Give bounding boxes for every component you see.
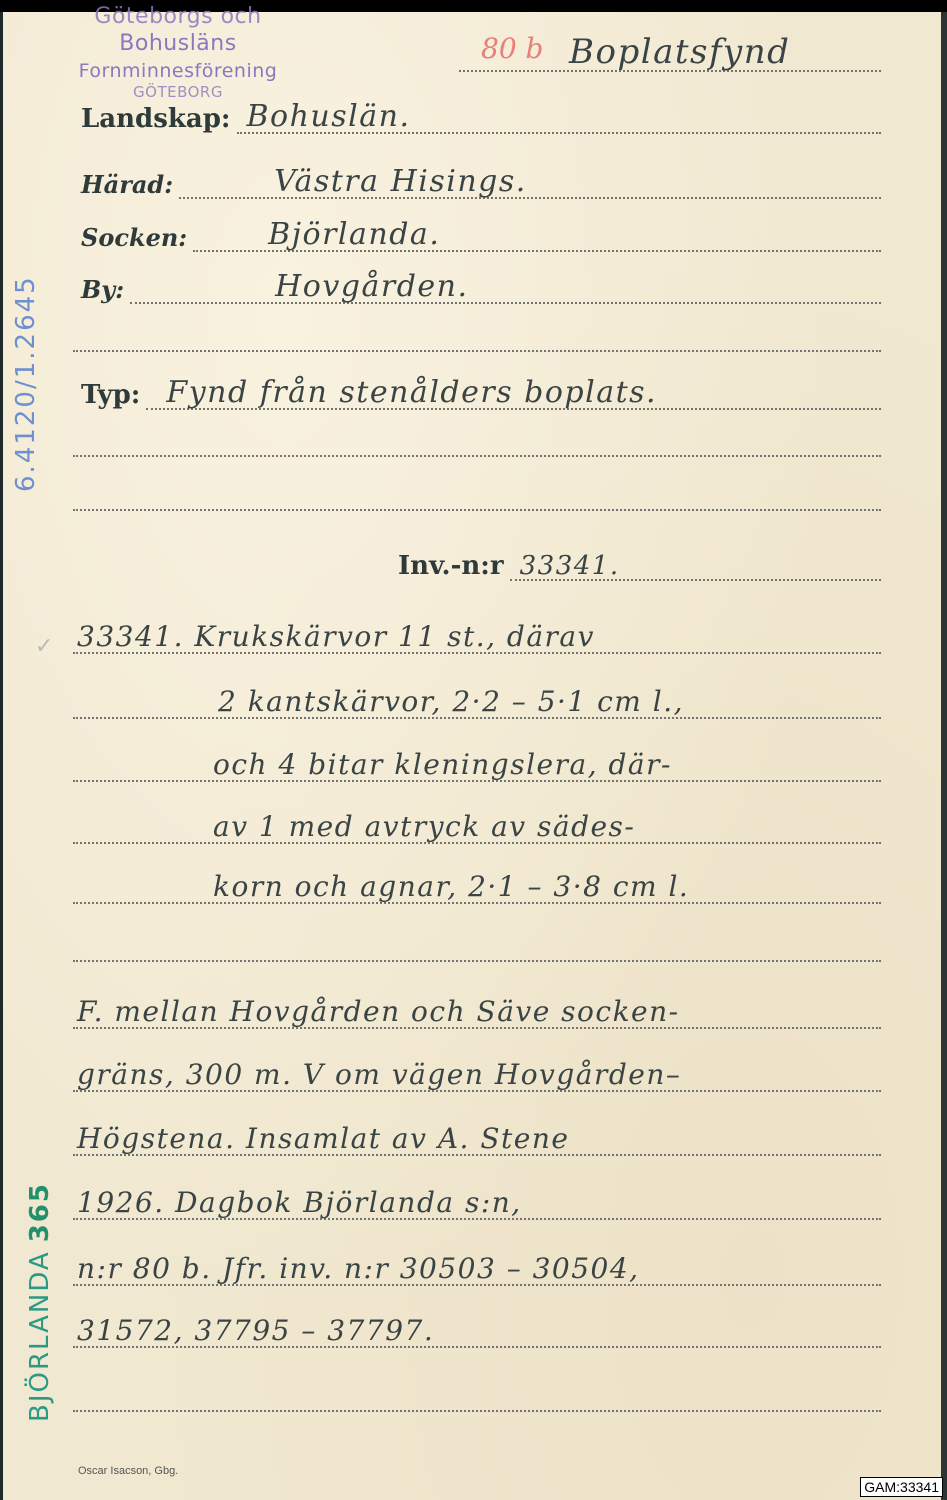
stamp-line-1: Göteborgs och xyxy=(53,4,303,30)
field-typ: Typ: Fynd från stenålders boplats. xyxy=(81,378,881,410)
field-socken: Socken: Björlanda. xyxy=(81,220,881,252)
socken-line: Björlanda. xyxy=(193,220,881,252)
index-card: Göteborgs och Bohusläns Fornminnesföreni… xyxy=(3,12,941,1500)
stamp-line-3: Fornminnesförening xyxy=(53,58,303,84)
by-value: Hovgården. xyxy=(275,269,468,304)
field-by: By: Hovgården. xyxy=(81,272,881,304)
socken-value: Björlanda. xyxy=(268,217,440,252)
scan-right-border xyxy=(941,12,947,1500)
landskap-line: Bohuslän. xyxy=(237,102,882,134)
inventory-value: 33341. xyxy=(520,551,620,581)
printer-imprint: Oscar Isacson, Gbg. xyxy=(78,1465,178,1477)
harad-line: Västra Hisings. xyxy=(179,167,881,199)
stamp-line-2: Bohusläns xyxy=(53,30,303,58)
findsite-line-2: gräns, 300 m. V om vägen Hovgården– xyxy=(77,1058,681,1091)
inventory-label: Inv.-n:r xyxy=(398,551,504,581)
field-harad: Härad: Västra Hisings. xyxy=(81,167,881,199)
harad-value: Västra Hisings. xyxy=(274,164,527,199)
blank-dotted-line xyxy=(73,1410,881,1412)
inventory-line: 33341. xyxy=(510,549,881,581)
field-landskap: Landskap: Bohuslän. xyxy=(81,102,881,134)
socken-label: Socken: xyxy=(81,223,187,252)
findsite-line-5: n:r 80 b. Jfr. inv. n:r 30503 – 30504, xyxy=(77,1252,640,1285)
blank-dotted-line xyxy=(73,455,881,457)
blank-dotted-line xyxy=(73,960,881,962)
stamp-line-4: GÖTEBORG xyxy=(53,84,303,100)
heading-dotted-line: Boplatsfynd xyxy=(459,40,881,72)
findsite-line-4: 1926. Dagbok Björlanda s:n, xyxy=(77,1186,522,1219)
findsite-line-1: F. mellan Hovgården och Säve socken- xyxy=(77,995,680,1028)
margin-note-blue: 6.4120/1.2645 xyxy=(11,275,41,492)
findsite-line-6: 31572, 37795 – 37797. xyxy=(77,1314,434,1347)
findsite-line-3: Högstena. Insamlat av A. Stene xyxy=(77,1122,569,1155)
description-line-5: korn och agnar, 2·1 – 3·8 cm l. xyxy=(213,870,689,903)
landskap-label: Landskap: xyxy=(81,104,231,134)
landskap-value: Bohuslän. xyxy=(247,99,411,134)
typ-line: Fynd från stenålders boplats. xyxy=(146,378,881,410)
description-line-1: 33341. Krukskärvor 11 st., därav xyxy=(77,620,595,653)
parish-stamp-text: BJÖRLANDA xyxy=(25,1250,55,1422)
description-line-4: av 1 med avtryck av sädes- xyxy=(213,810,635,843)
description-line-2: 2 kantskärvor, 2·2 – 5·1 cm l., xyxy=(218,685,684,718)
field-inventory: Inv.-n:r 33341. xyxy=(398,549,881,581)
check-mark-icon: ✓ xyxy=(35,634,53,659)
by-line: Hovgården. xyxy=(130,272,881,304)
typ-value: Fynd från stenålders boplats. xyxy=(166,375,657,410)
institution-stamp: Göteborgs och Bohusläns Fornminnesföreni… xyxy=(53,12,303,100)
parish-stamp-green: BJÖRLANDA365 xyxy=(25,1182,55,1422)
heading-row: Boplatsfynd xyxy=(453,40,881,72)
typ-label: Typ: xyxy=(81,380,140,410)
description-line-3: och 4 bitar kleningslera, där- xyxy=(213,748,672,781)
catalog-id-label: GAM:33341 xyxy=(860,1477,943,1497)
blank-dotted-line xyxy=(73,509,881,511)
card-heading: Boplatsfynd xyxy=(569,32,790,72)
harad-label: Härad: xyxy=(81,170,173,199)
parish-stamp-number: 365 xyxy=(25,1182,55,1242)
blank-dotted-line xyxy=(73,350,881,352)
by-label: By: xyxy=(81,275,124,304)
